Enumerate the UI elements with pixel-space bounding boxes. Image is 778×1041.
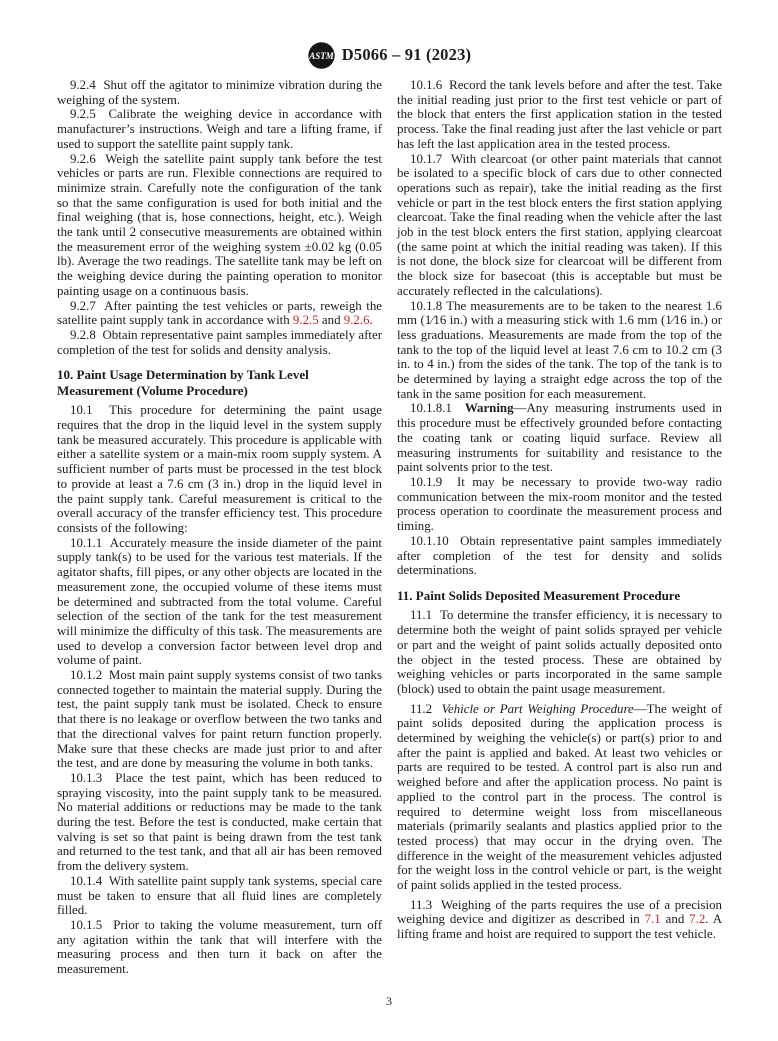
text-segment: Vehicle or Part Weighing Procedure: [442, 702, 634, 716]
text-segment: 10.1.9 It may be necessary to provide tw…: [397, 475, 722, 533]
paragraph: 10.1.7 With clearcoat (or other paint ma…: [397, 152, 722, 299]
paragraph: 9.2.5 Calibrate the weighing device in a…: [57, 107, 382, 151]
paragraph: 10.1.1 Accurately measure the inside dia…: [57, 536, 382, 668]
text-segment: 9.2.4 Shut off the agitator to minimize …: [57, 78, 382, 107]
text-segment: 10.1.6 Record the tank levels before and…: [397, 78, 722, 151]
svg-text:ASTM: ASTM: [308, 51, 335, 61]
text-segment: Warning: [465, 401, 514, 415]
section-heading: 11. Paint Solids Deposited Measurement P…: [397, 588, 722, 604]
text-segment: 10.1.4 With satellite paint supply tank …: [57, 874, 382, 917]
paragraph: 10.1.10 Obtain representative paint samp…: [397, 534, 722, 578]
text-segment: 10.1.8.1: [410, 401, 465, 415]
page-number: 3: [386, 994, 392, 1008]
text-segment: 10.1.3 Place the test paint, which has b…: [57, 771, 382, 873]
paragraph: 9.2.8 Obtain representative paint sample…: [57, 328, 382, 357]
paragraph: 9.2.7 After painting the test vehicles o…: [57, 299, 382, 328]
section-cross-reference-link[interactable]: 7.2: [689, 912, 705, 926]
section-cross-reference-link[interactable]: 7.1: [645, 912, 661, 926]
paragraph: 10.1.5 Prior to taking the volume measur…: [57, 918, 382, 977]
text-segment: 10.1 This procedure for determining the …: [57, 403, 382, 535]
paragraph: 9.2.6 Weigh the satellite paint supply t…: [57, 152, 382, 299]
text-segment: 10.1.10 Obtain representative paint samp…: [397, 534, 722, 577]
text-segment: 10.1.1 Accurately measure the inside dia…: [57, 536, 382, 668]
section-cross-reference-link[interactable]: 9.2.6: [344, 313, 370, 327]
text-segment: .: [370, 313, 373, 327]
document-page: ASTM D5066 – 91 (2023) 9.2.4 Shut off th…: [0, 0, 778, 977]
text-segment: 9.2.5 Calibrate the weighing device in a…: [57, 107, 382, 150]
text-segment: 9.2.8 Obtain representative paint sample…: [57, 328, 382, 357]
section-heading: 10. Paint Usage Determination by Tank Le…: [57, 367, 382, 398]
text-segment: 11.1 To determine the transfer efficienc…: [397, 608, 722, 696]
text-segment: 11. Paint Solids Deposited Measurement P…: [397, 588, 680, 603]
paragraph: 10.1.9 It may be necessary to provide tw…: [397, 475, 722, 534]
page-number-footer: 3: [0, 994, 778, 1009]
standard-designation: D5066 – 91 (2023): [342, 45, 471, 65]
text-segment: and: [319, 313, 344, 327]
astm-logo-icon: ASTM: [308, 42, 335, 69]
paragraph: 10.1.2 Most main paint supply systems co…: [57, 668, 382, 771]
document-header: ASTM D5066 – 91 (2023): [57, 40, 722, 70]
paragraph: 11.3 Weighing of the parts requires the …: [397, 898, 722, 942]
text-segment: 10. Paint Usage Determination by Tank Le…: [57, 367, 309, 398]
paragraph: 10.1.4 With satellite paint supply tank …: [57, 874, 382, 918]
text-segment: 10.1.5 Prior to taking the volume measur…: [57, 918, 382, 976]
text-segment: 10.1.2 Most main paint supply systems co…: [57, 668, 382, 770]
paragraph: 9.2.4 Shut off the agitator to minimize …: [57, 78, 382, 107]
text-segment: 10.1.7 With clearcoat (or other paint ma…: [397, 152, 722, 298]
paragraph: 10.1 This procedure for determining the …: [57, 403, 382, 535]
text-segment: —The weight of paint solids deposited du…: [397, 702, 722, 892]
two-column-body: 9.2.4 Shut off the agitator to minimize …: [57, 78, 722, 977]
paragraph: 10.1.6 Record the tank levels before and…: [397, 78, 722, 152]
right-column: 10.1.6 Record the tank levels before and…: [397, 78, 722, 977]
paragraph: 10.1.8 The measurements are to be taken …: [397, 299, 722, 402]
text-segment: 9.2.6 Weigh the satellite paint supply t…: [57, 152, 382, 298]
text-segment: 11.2: [410, 702, 442, 716]
left-column: 9.2.4 Shut off the agitator to minimize …: [57, 78, 382, 977]
paragraph: 11.2 Vehicle or Part Weighing Procedure—…: [397, 702, 722, 893]
text-segment: 10.1.8 The measurements are to be taken …: [397, 299, 722, 401]
paragraph: 10.1.3 Place the test paint, which has b…: [57, 771, 382, 874]
section-cross-reference-link[interactable]: 9.2.5: [293, 313, 319, 327]
paragraph: 10.1.8.1 Warning—Any measuring instrumen…: [397, 401, 722, 475]
text-segment: and: [661, 912, 689, 926]
paragraph: 11.1 To determine the transfer efficienc…: [397, 608, 722, 696]
